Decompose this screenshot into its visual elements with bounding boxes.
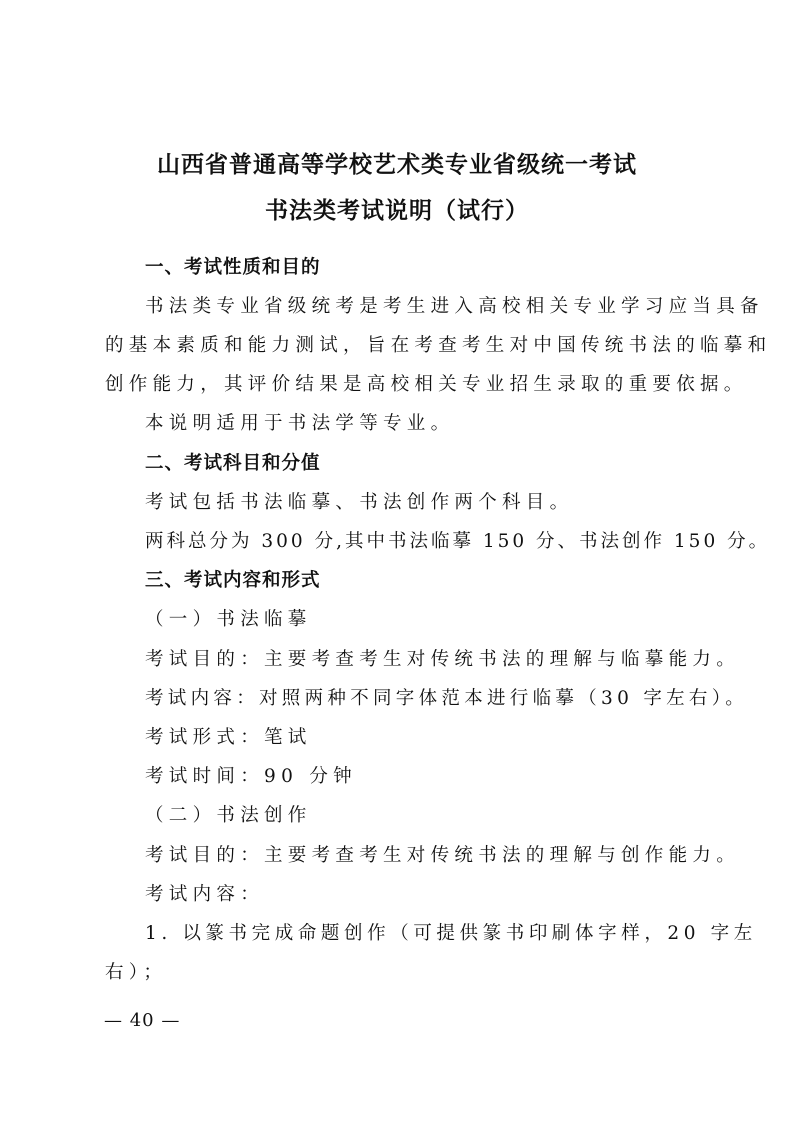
paragraph-line: 书法类专业省级统考是考生进入高校相关专业学习应当具备: [145, 292, 764, 318]
paragraph-line: 考试包括书法临摹、书法创作两个科目。: [145, 488, 573, 514]
paragraph-line: 考试时间：90 分钟: [145, 762, 357, 788]
document-title-line-2: 书法类考试说明（试行）: [0, 192, 794, 225]
paragraph-line: 考试内容：对照两种不同字体范本进行临摹（30 字左右）。: [145, 684, 748, 710]
paragraph-line: 1. 以篆书完成命题创作（可提供篆书印刷体字样，20 字左: [145, 919, 757, 945]
section-heading-3: 三、考试内容和形式: [145, 566, 321, 592]
paragraph-line: 考试目的：主要考查考生对传统书法的理解与临摹能力。: [145, 645, 740, 671]
page-number: — 40 —: [104, 1010, 180, 1031]
subsection-heading-2: （二）书法创作: [145, 801, 312, 827]
section-heading-2: 二、考试科目和分值: [145, 449, 321, 475]
paragraph-line: 考试内容：: [145, 880, 264, 906]
paragraph-line: 两科总分为 300 分,其中书法临摹 150 分、书法创作 150 分。: [145, 527, 770, 553]
paragraph-line: 考试目的：主要考查考生对传统书法的理解与创作能力。: [145, 841, 740, 867]
section-heading-1: 一、考试性质和目的: [145, 253, 321, 279]
paragraph-line: 创作能力，其评价结果是高校相关专业招生录取的重要依据。: [105, 370, 748, 396]
subsection-heading-1: （一）书法临摹: [145, 605, 312, 631]
paragraph-line: 的基本素质和能力测试，旨在考查考生对中国传统书法的临摹和: [105, 331, 771, 357]
document-title-line-1: 山西省普通高等学校艺术类专业省级统一考试: [0, 146, 794, 179]
paragraph-line: 本说明适用于书法学等专业。: [145, 409, 454, 435]
paragraph-line: 右）；: [105, 958, 167, 984]
paragraph-line: 考试形式：笔试: [145, 723, 312, 749]
